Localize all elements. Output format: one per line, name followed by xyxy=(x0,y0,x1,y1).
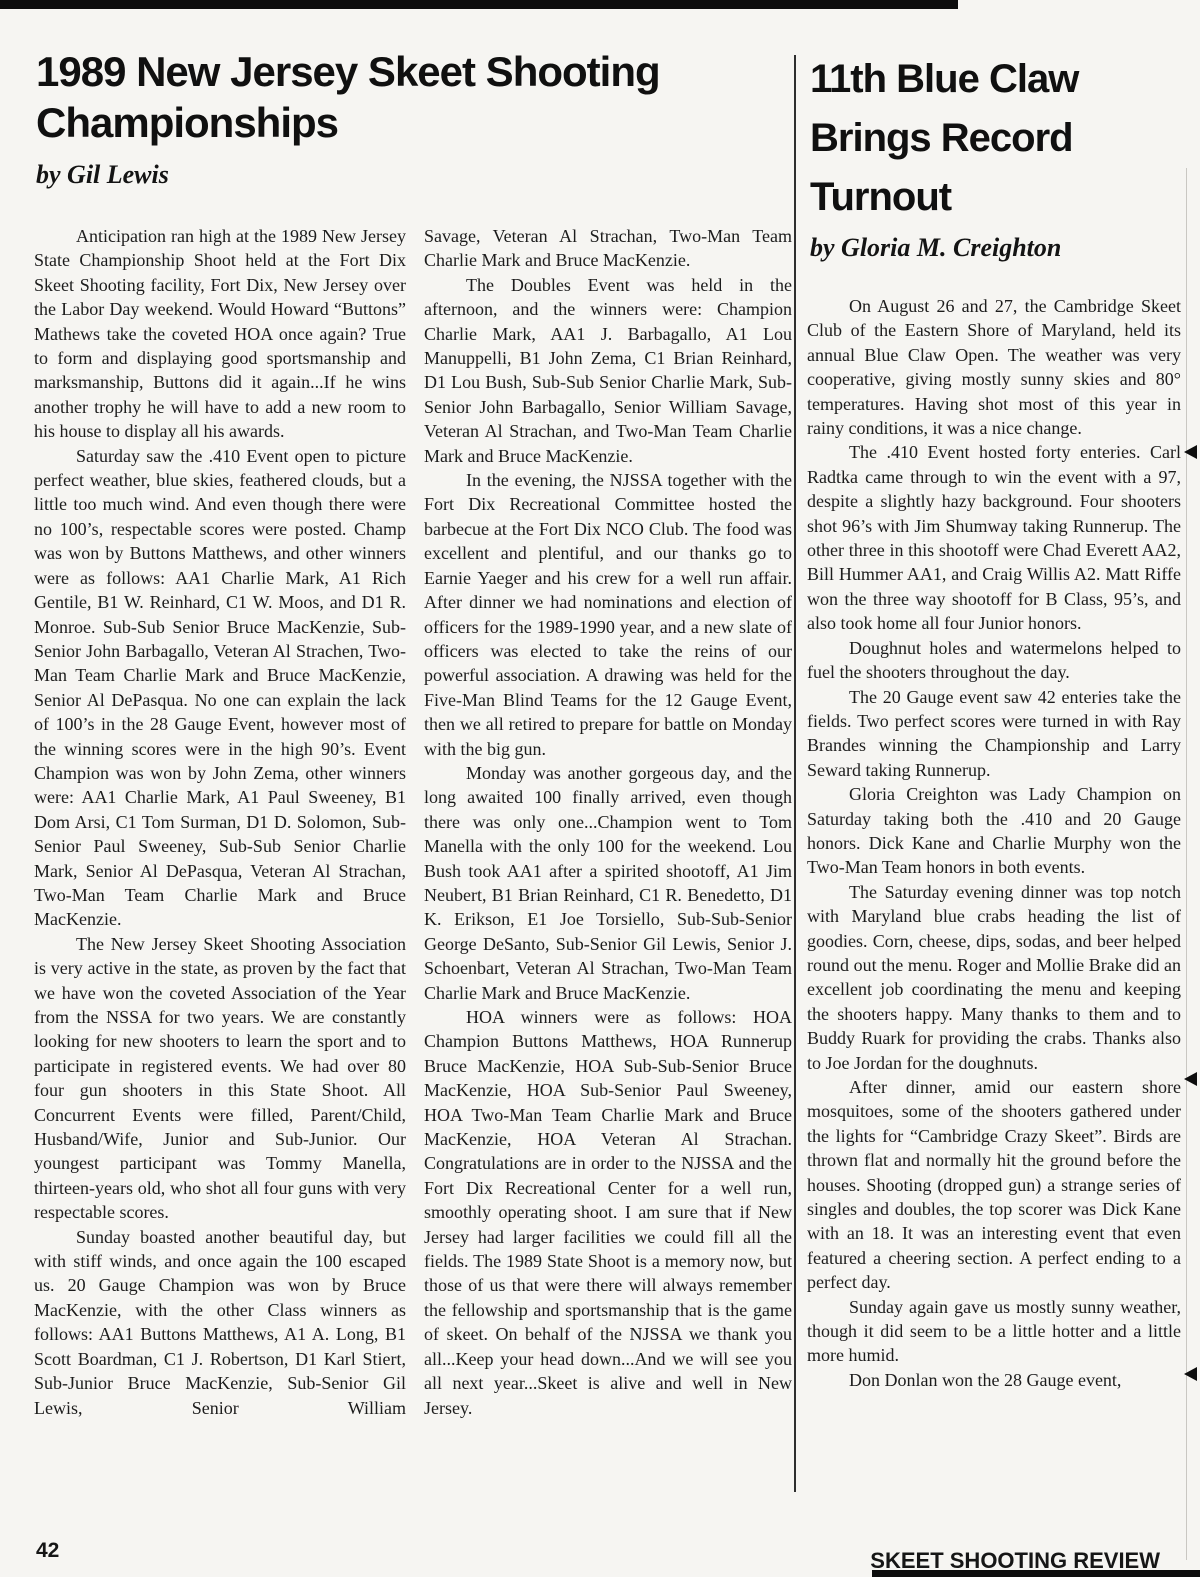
article1-column-1: Anticipation ran high at the 1989 New Je… xyxy=(34,224,406,1420)
body-paragraph: Anticipation ran high at the 1989 New Je… xyxy=(34,224,406,444)
body-paragraph: Don Donlan won the 28 Gauge event, xyxy=(807,1368,1181,1392)
article1-column-2: Savage, Veteran Al Strachan, Two-Man Tea… xyxy=(424,224,792,1420)
print-artifact-arrow-icon xyxy=(1184,1072,1197,1086)
body-paragraph: On August 26 and 27, the Cambridge Skeet… xyxy=(807,294,1181,440)
body-paragraph: The 20 Gauge event saw 42 enteries take … xyxy=(807,685,1181,783)
body-paragraph: After dinner, amid our eastern shore mos… xyxy=(807,1075,1181,1295)
body-paragraph: In the evening, the NJSSA together with … xyxy=(424,468,792,761)
article1-byline: by Gil Lewis xyxy=(36,160,746,190)
print-artifact-arrow-icon xyxy=(1184,1367,1197,1381)
article2-byline: by Gloria M. Creighton xyxy=(810,233,1192,263)
article2-header: 11th Blue Claw Brings Record Turnout by … xyxy=(810,50,1192,263)
title-line: Championships xyxy=(36,97,746,148)
title-line: Turnout xyxy=(810,168,1192,227)
column-divider-rule xyxy=(794,55,796,1492)
article2-column: On August 26 and 27, the Cambridge Skeet… xyxy=(807,294,1181,1392)
page-number: 42 xyxy=(36,1539,59,1563)
magazine-name: SKEET SHOOTING REVIEW xyxy=(870,1548,1160,1574)
body-paragraph: The Doubles Event was held in the aftern… xyxy=(424,273,792,468)
article1-header: 1989 New Jersey Skeet Shooting Champions… xyxy=(36,46,746,190)
body-paragraph: The Saturday evening dinner was top notc… xyxy=(807,880,1181,1075)
article1-title: 1989 New Jersey Skeet Shooting Champions… xyxy=(36,46,746,148)
body-paragraph: Monday was another gorgeous day, and the… xyxy=(424,761,792,1005)
title-line: 1989 New Jersey Skeet Shooting xyxy=(36,46,746,97)
scan-artifact-top-bar xyxy=(0,0,958,9)
body-paragraph: HOA winners were as follows: HOA Champio… xyxy=(424,1005,792,1420)
article2-title: 11th Blue Claw Brings Record Turnout xyxy=(810,50,1192,227)
body-paragraph: The New Jersey Skeet Shooting Associatio… xyxy=(34,932,406,1225)
magazine-page: 1989 New Jersey Skeet Shooting Champions… xyxy=(0,0,1200,1577)
print-artifact-arrow-icon xyxy=(1184,445,1197,459)
body-paragraph: Gloria Creighton was Lady Champion on Sa… xyxy=(807,782,1181,880)
body-paragraph: Sunday boasted another beautiful day, bu… xyxy=(34,1225,406,1420)
title-line: Brings Record xyxy=(810,109,1192,168)
body-paragraph: The .410 Event hosted forty enteries. Ca… xyxy=(807,440,1181,635)
page-edge-line xyxy=(1186,168,1187,1560)
body-paragraph: Saturday saw the .410 Event open to pict… xyxy=(34,444,406,932)
body-paragraph: Savage, Veteran Al Strachan, Two-Man Tea… xyxy=(424,224,792,273)
body-paragraph: Sunday again gave us mostly sunny weathe… xyxy=(807,1295,1181,1368)
title-line: 11th Blue Claw xyxy=(810,50,1192,109)
body-paragraph: Doughnut holes and watermelons helped to… xyxy=(807,636,1181,685)
